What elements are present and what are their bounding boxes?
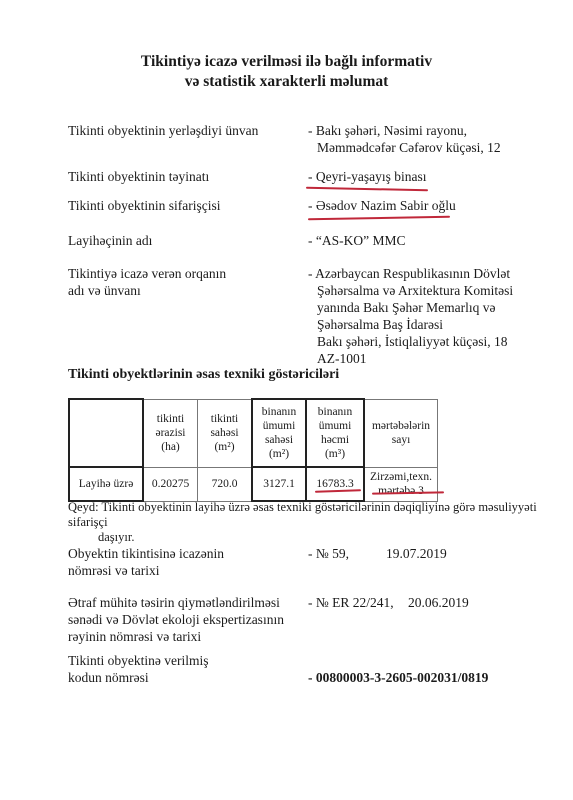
field-label: Tikintiyə icazə verən orqanın adı və ünv… bbox=[68, 265, 298, 299]
eco-number: - № ER 22/241, bbox=[308, 595, 394, 610]
header-cell-empty bbox=[69, 399, 143, 467]
field-value: - № 59, 19.07.2019 bbox=[308, 545, 538, 562]
value-cell: 16783.3 bbox=[306, 467, 364, 501]
field-value: - “AS-KO” MMC bbox=[308, 232, 538, 249]
note: Qeyd: Tikinti obyektinin layihə üzrə əsa… bbox=[68, 500, 538, 545]
floors-cell: Zirzəmi,texn. mərtəbə 3 bbox=[364, 467, 438, 501]
field-label: Layihəçinin adı bbox=[68, 232, 298, 249]
table-row: Layihə üzrə 0.20275 720.0 3127.1 16783.3… bbox=[69, 467, 438, 501]
technical-indicators-table: tikinti ərazisi (ha) tikinti sahəsi (m²)… bbox=[68, 398, 438, 502]
field-label: Tikinti obyektinin yerləşdiyi ünvan bbox=[68, 122, 298, 139]
field-label: Tikinti obyektinin təyinatı bbox=[68, 168, 298, 185]
header-cell: mərtəbələrin sayı bbox=[364, 399, 438, 467]
table-header-row: tikinti ərazisi (ha) tikinti sahəsi (m²)… bbox=[69, 399, 438, 467]
permit-date: 19.07.2019 bbox=[386, 545, 447, 562]
field-label: Obyektin tikintisinə icazənin nömrəsi və… bbox=[68, 545, 298, 579]
value-cell: 720.0 bbox=[198, 467, 253, 501]
field-label: Tikinti obyektinin sifarişçisi bbox=[68, 197, 298, 214]
value-cell: 3127.1 bbox=[252, 467, 306, 501]
row-label-cell: Layihə üzrə bbox=[69, 467, 143, 501]
value-cell: 0.20275 bbox=[143, 467, 198, 501]
section-title: Tikinti obyektlərinin əsas texniki göstə… bbox=[68, 367, 339, 383]
document-title: Tikintiyə icazə verilməsi ilə bağlı info… bbox=[0, 52, 573, 92]
red-underline-annotation bbox=[308, 216, 450, 220]
field-value: - Qeyri-yaşayış binası bbox=[308, 168, 538, 185]
header-cell: binanın ümumi həcmi (m³) bbox=[306, 399, 364, 467]
permit-number: - № 59, bbox=[308, 546, 349, 561]
field-value: - Bakı şəhəri, Nəsimi rayonu, Məmmədcəfə… bbox=[308, 122, 538, 156]
header-cell: binanın ümumi sahəsi (m²) bbox=[252, 399, 306, 467]
field-value: - 00800003-3-2605-002031/0819 bbox=[308, 669, 538, 686]
header-cell: tikinti sahəsi (m²) bbox=[198, 399, 253, 467]
field-value: - Əsədov Nazim Sabir oğlu bbox=[308, 197, 538, 214]
header-cell: tikinti ərazisi (ha) bbox=[143, 399, 198, 467]
field-label: Ətraf mühitə təsirin qiymətləndirilməsi … bbox=[68, 594, 308, 645]
eco-date: 20.06.2019 bbox=[408, 594, 469, 611]
field-label: Tikinti obyektinə verilmiş kodun nömrəsi bbox=[68, 652, 298, 686]
red-underline-annotation bbox=[306, 187, 428, 192]
field-value: - Azərbaycan Respublikasının Dövlət Şəhə… bbox=[308, 265, 538, 367]
field-value: - № ER 22/241, 20.06.2019 bbox=[308, 594, 538, 611]
